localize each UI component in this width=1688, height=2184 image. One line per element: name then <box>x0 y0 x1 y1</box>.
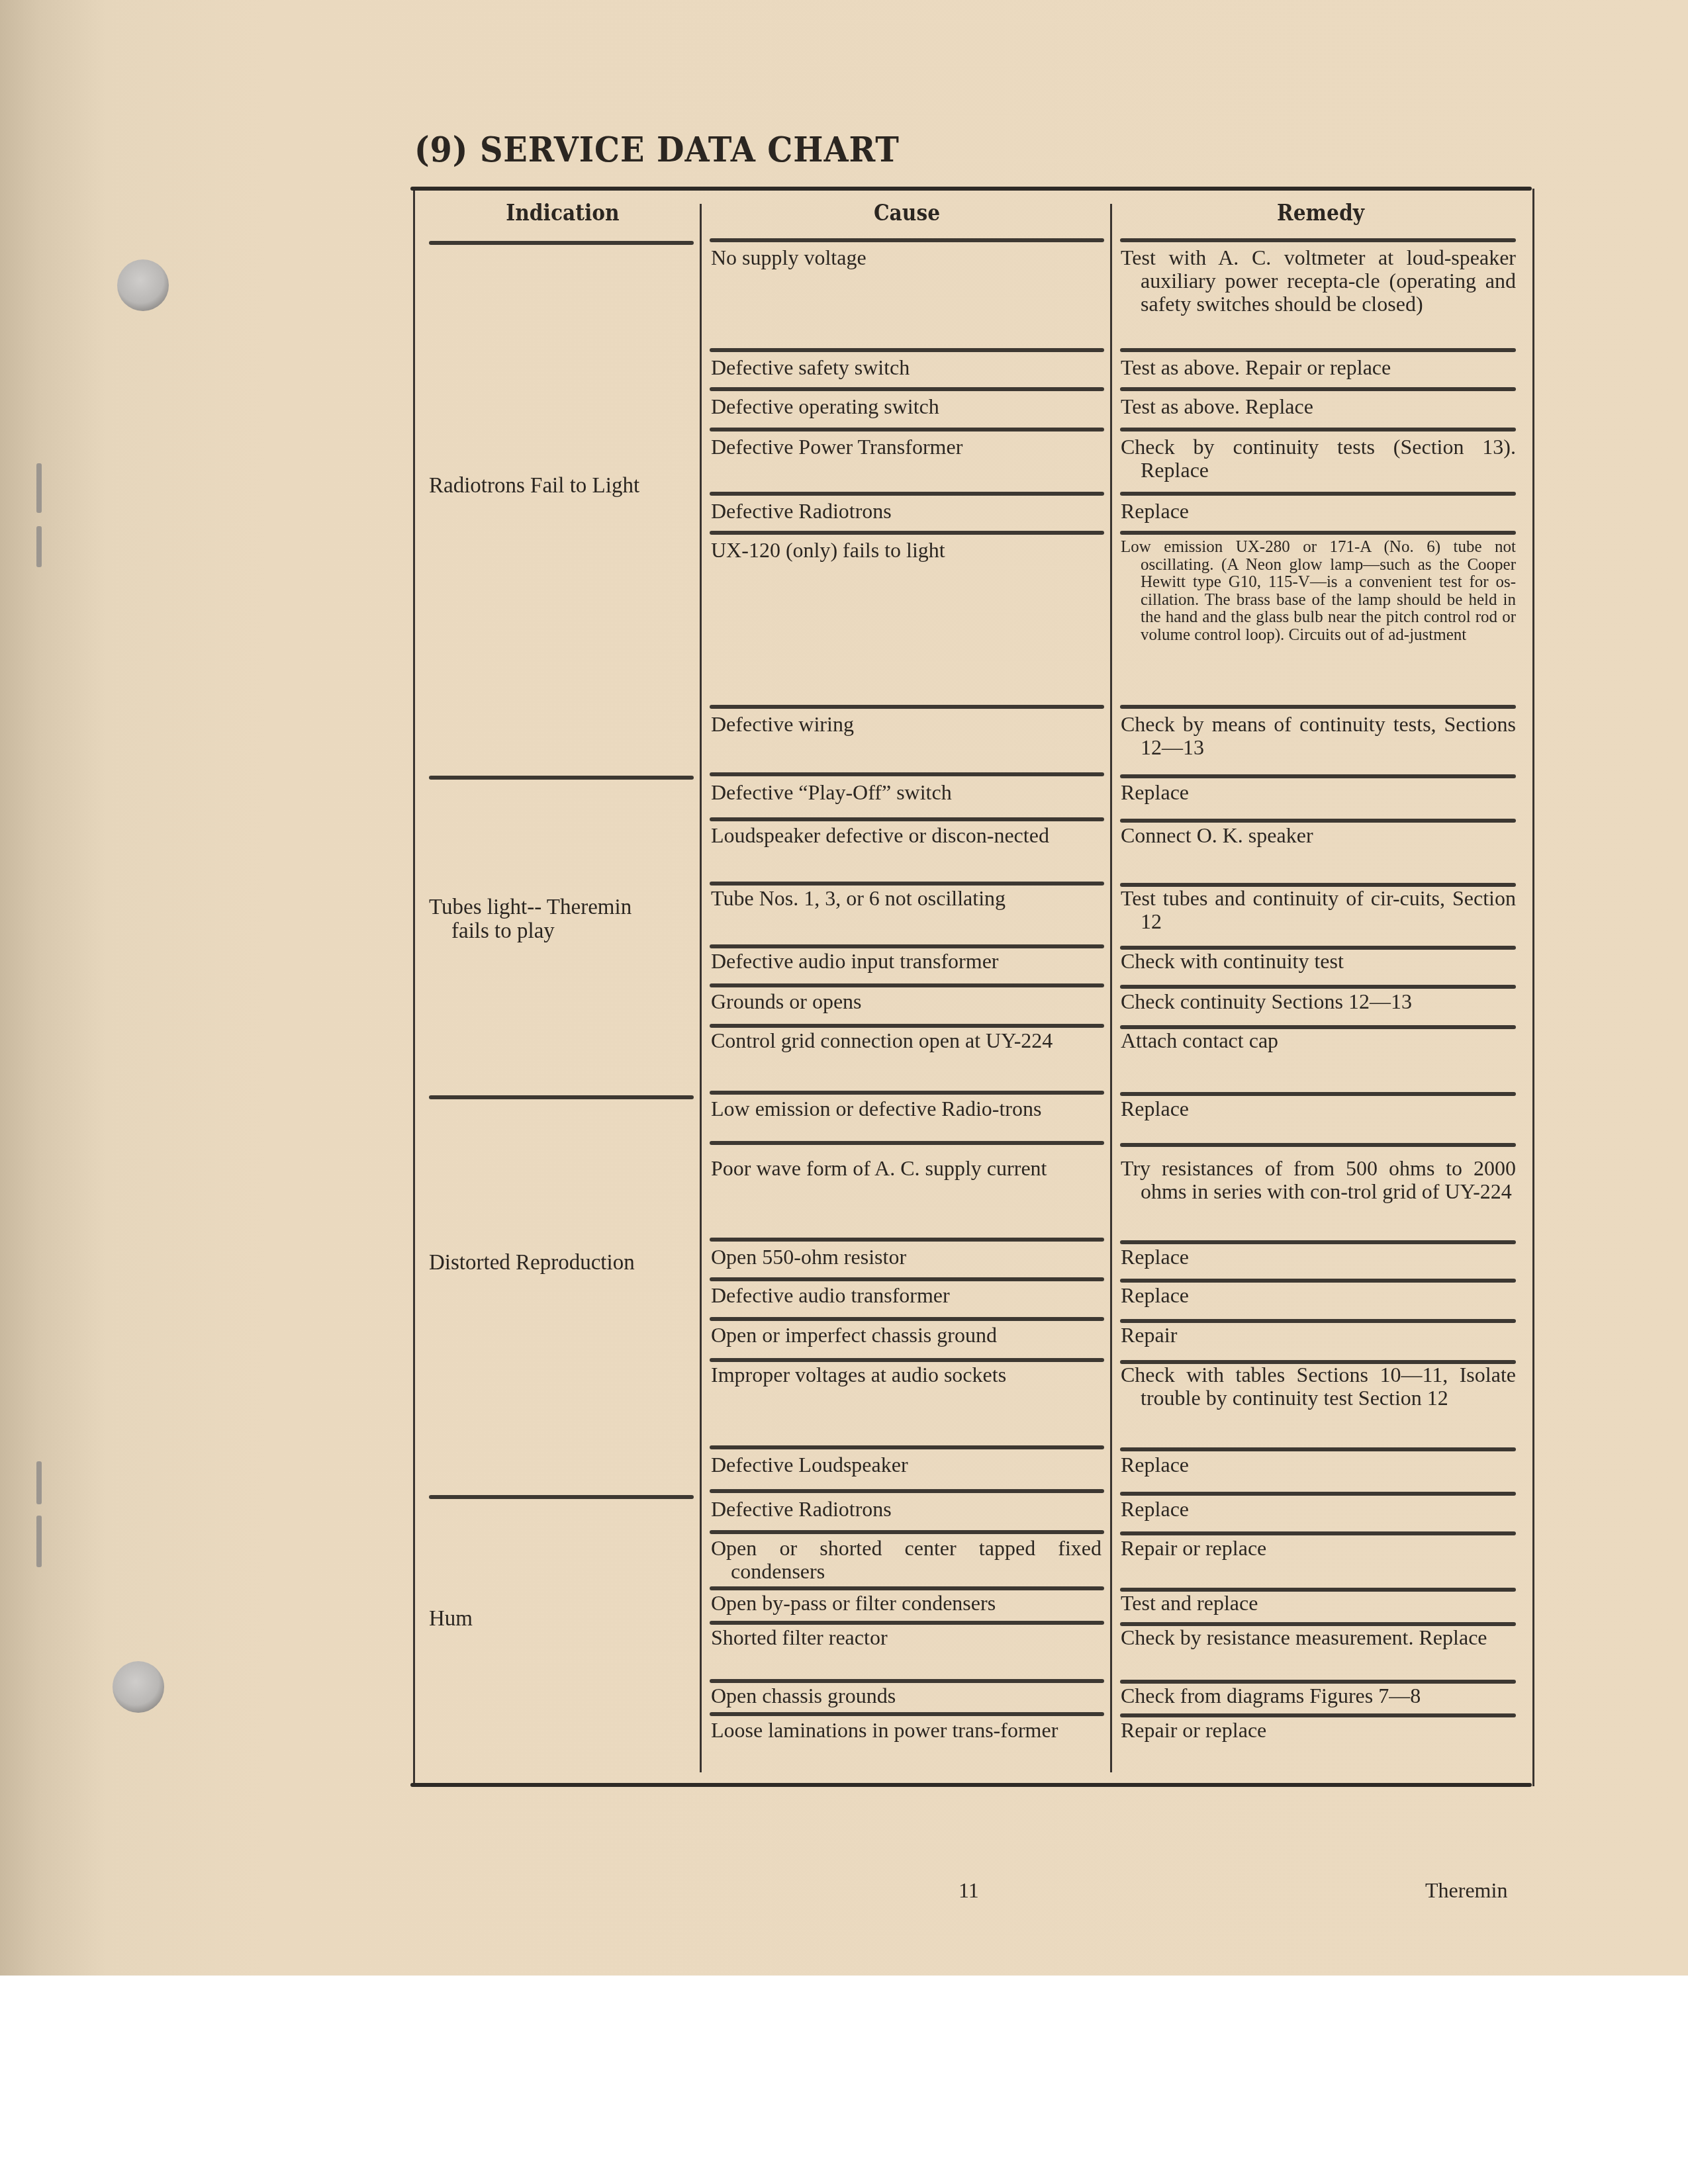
group-rule <box>710 1489 1104 1493</box>
remedy-cell: Check by continuity tests (Section 13). … <box>1121 435 1516 482</box>
cause-cell: Control grid connection open at UY-224 <box>711 1029 1102 1052</box>
row-rule <box>710 492 1104 496</box>
group-rule <box>429 776 694 780</box>
remedy-cell: Repair <box>1121 1324 1516 1347</box>
cause-cell: Defective Radiotrons <box>711 500 1102 523</box>
cause-cell: Open or imperfect chassis ground <box>711 1324 1102 1347</box>
remedy-cell: Check by means of continuity tests, Sect… <box>1121 713 1516 759</box>
cause-cell: Defective safety switch <box>711 356 1102 379</box>
header-indication: Indication <box>438 200 688 226</box>
row-rule <box>1120 348 1516 352</box>
column-divider <box>700 204 702 1772</box>
header-rule <box>1120 238 1516 242</box>
row-rule <box>710 387 1104 391</box>
page-title: (9) SERVICE DATA CHART <box>414 130 900 170</box>
remedy-cell: Test tubes and continuity of cir-cuits, … <box>1121 887 1516 933</box>
binder-hole-bottom <box>113 1661 164 1713</box>
row-rule <box>1120 1713 1516 1717</box>
cause-cell: UX-120 (only) fails to light <box>711 539 1102 562</box>
cause-cell: Defective audio transformer <box>711 1284 1102 1307</box>
row-rule <box>1120 1319 1516 1323</box>
row-rule <box>710 1358 1104 1362</box>
cause-cell: Open chassis grounds <box>711 1684 1102 1707</box>
row-rule <box>710 428 1104 432</box>
remedy-cell: Test as above. Replace <box>1121 395 1516 418</box>
cause-cell: Defective audio input transformer <box>711 950 1102 973</box>
remedy-cell: Check continuity Sections 12—13 <box>1121 990 1516 1013</box>
cause-cell: Defective Loudspeaker <box>711 1453 1102 1477</box>
row-rule <box>1120 531 1516 535</box>
indication-radiotrons-fail: Radiotrons Fail to Light <box>429 474 650 498</box>
group-rule <box>1120 1092 1516 1096</box>
row-rule <box>710 1277 1104 1281</box>
cause-cell: Open by-pass or filter condensers <box>711 1592 1102 1615</box>
row-rule <box>1120 492 1516 496</box>
row-rule <box>1120 1447 1516 1451</box>
remedy-cell: Replace <box>1121 1246 1516 1269</box>
row-rule <box>1120 705 1516 709</box>
row-rule <box>1120 985 1516 989</box>
remedy-cell: Replace <box>1121 1453 1516 1477</box>
row-rule <box>710 983 1104 987</box>
row-rule <box>1120 1531 1516 1535</box>
row-rule <box>710 1317 1104 1321</box>
remedy-cell: Test and replace <box>1121 1592 1516 1615</box>
header-rule <box>710 238 1104 242</box>
cause-cell: Loudspeaker defective or discon-nected <box>711 824 1102 847</box>
row-rule <box>710 1712 1104 1716</box>
cause-cell: Loose laminations in power trans-former <box>711 1719 1102 1742</box>
remedy-cell: Attach contact cap <box>1121 1029 1516 1052</box>
row-rule <box>1120 1143 1516 1147</box>
header-rule <box>429 241 694 245</box>
row-rule <box>1120 1279 1516 1283</box>
indication-tubes-light: Tubes light-- Theremin fails to play <box>429 895 650 943</box>
row-rule <box>710 1141 1104 1145</box>
footer-title: Theremin <box>1425 1878 1507 1903</box>
remedy-cell: Low emission UX-280 or 171-A (No. 6) tub… <box>1121 539 1516 644</box>
remedy-cell: Replace <box>1121 500 1516 523</box>
row-rule <box>710 1621 1104 1625</box>
cause-cell: Tube Nos. 1, 3, or 6 not oscillating <box>711 887 1102 910</box>
group-rule <box>429 1095 694 1099</box>
remedy-cell: Replace <box>1121 1284 1516 1307</box>
page-number: 11 <box>959 1878 979 1903</box>
binder-clip-mark <box>36 1461 42 1504</box>
row-rule <box>710 531 1104 535</box>
cause-cell: Defective operating switch <box>711 395 1102 418</box>
remedy-cell: Check from diagrams Figures 7—8 <box>1121 1684 1516 1707</box>
header-cause: Cause <box>726 200 1089 226</box>
cause-cell: Poor wave form of A. C. supply current <box>711 1157 1102 1180</box>
row-rule <box>1120 819 1516 823</box>
group-rule <box>1120 774 1516 778</box>
row-rule <box>710 882 1104 886</box>
remedy-cell: Test as above. Repair or replace <box>1121 356 1516 379</box>
row-rule <box>710 1530 1104 1534</box>
remedy-cell: Connect O. K. speaker <box>1121 824 1516 847</box>
table-top-border <box>410 187 1532 191</box>
binder-clip-mark <box>36 463 42 513</box>
cause-cell: Defective Radiotrons <box>711 1498 1102 1521</box>
remedy-cell: Try resistances of from 500 ohms to 2000… <box>1121 1157 1516 1203</box>
cause-cell: Open 550-ohm resistor <box>711 1246 1102 1269</box>
row-rule <box>710 348 1104 352</box>
remedy-cell: Check with continuity test <box>1121 950 1516 973</box>
group-rule <box>710 772 1104 776</box>
cause-cell: Defective wiring <box>711 713 1102 736</box>
remedy-cell: Check by resistance measurement. Replace <box>1121 1626 1516 1649</box>
remedy-cell: Check with tables Sections 10—11, Isolat… <box>1121 1363 1516 1410</box>
row-rule <box>1120 1240 1516 1244</box>
row-rule <box>710 1024 1104 1028</box>
remedy-cell: Replace <box>1121 1097 1516 1120</box>
cause-cell: Low emission or defective Radio-trons <box>711 1097 1102 1120</box>
cause-cell: No supply voltage <box>711 246 1102 269</box>
remedy-cell: Test with A. C. voltmeter at loud-speake… <box>1121 246 1516 316</box>
binder-clip-mark <box>36 526 42 567</box>
row-rule <box>710 1445 1104 1449</box>
indication-hum: Hum <box>429 1607 650 1631</box>
header-remedy: Remedy <box>1136 200 1505 226</box>
row-rule <box>1120 428 1516 432</box>
cause-cell: Defective Power Transformer <box>711 435 1102 459</box>
column-divider <box>1110 204 1112 1772</box>
cause-cell: Improper voltages at audio sockets <box>711 1363 1102 1387</box>
table-bottom-border <box>410 1783 1532 1787</box>
row-rule <box>710 817 1104 821</box>
row-rule <box>1120 387 1516 391</box>
row-rule <box>710 1586 1104 1590</box>
group-rule <box>429 1495 694 1499</box>
cause-cell: Grounds or opens <box>711 990 1102 1013</box>
remedy-cell: Replace <box>1121 1498 1516 1521</box>
indication-distorted-reproduction: Distorted Reproduction <box>429 1251 650 1275</box>
cause-cell: Open or shorted center tapped fixed cond… <box>711 1537 1102 1583</box>
binder-hole-top <box>117 259 169 311</box>
group-rule <box>1120 1492 1516 1496</box>
row-rule <box>710 944 1104 948</box>
row-rule <box>710 1238 1104 1242</box>
remedy-cell: Repair or replace <box>1121 1719 1516 1742</box>
cause-cell: Defective “Play-Off” switch <box>711 781 1102 804</box>
remedy-cell: Repair or replace <box>1121 1537 1516 1560</box>
binder-clip-mark <box>36 1516 42 1567</box>
cause-cell: Shorted filter reactor <box>711 1626 1102 1649</box>
row-rule <box>710 705 1104 709</box>
group-rule <box>710 1091 1104 1095</box>
row-rule <box>710 1679 1104 1683</box>
remedy-cell: Replace <box>1121 781 1516 804</box>
